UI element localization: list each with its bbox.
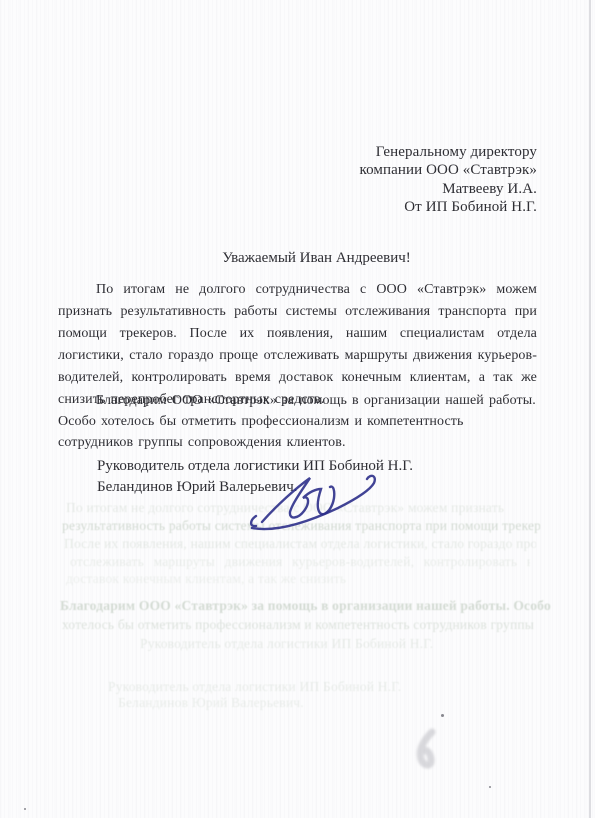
- ink-smudge: [408, 726, 448, 786]
- bleed-through-line: Руководитель отдела логистики ИП Бобиной…: [108, 679, 418, 695]
- recipient-line: Генеральному директору: [359, 143, 537, 161]
- recipient-line: компании ООО «Ставтрэк»: [359, 161, 537, 179]
- page-edge-shadow: [589, 0, 591, 818]
- bleed-through-line: Беландинов Юрий Валерьевич.: [118, 695, 408, 711]
- body-paragraph: Благодарим ООО «Ставтрэк» за помощь в ор…: [58, 390, 537, 453]
- recipient-line: Матвееву И.А.: [359, 180, 537, 198]
- ink-speck: [441, 714, 444, 717]
- salutation-text: Уважаемый Иван Андреевич!: [77, 250, 556, 267]
- ink-speck: [489, 786, 491, 788]
- recipient-line: От ИП Бобиной Н.Г.: [359, 198, 537, 216]
- bleed-through-line: Благодарим ООО «Ставтрэк» за помощь в ор…: [60, 598, 584, 614]
- scanned-letter-page: По итогам не долгого сотрудничества с ОО…: [0, 0, 595, 818]
- ink-speck: [24, 808, 26, 810]
- recipient-block: Генеральному директору компании ООО «Ста…: [359, 143, 537, 217]
- signature-stroke: [251, 478, 334, 526]
- handwritten-signature: [246, 456, 391, 541]
- bleed-through-line: хотелось бы отметить профессионализм и к…: [62, 617, 578, 633]
- bleed-through-line: Руководитель отдела логистики ИП Бобиной…: [140, 636, 470, 652]
- signature-stroke: [252, 476, 375, 529]
- bleed-through-line: доставок конечным клиентам, а так же сни…: [66, 571, 366, 587]
- bleed-through-line: отслеживать маршруты движения курьеров-в…: [70, 554, 530, 570]
